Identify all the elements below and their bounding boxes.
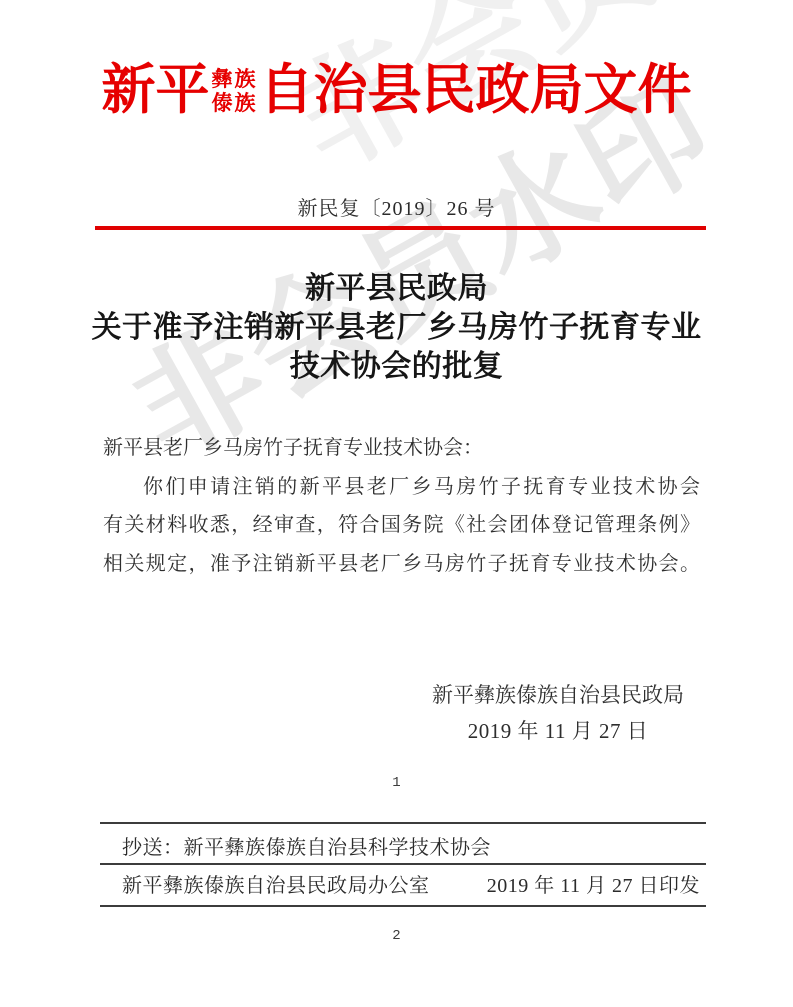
print-date: 2019 年 11 月 27 日印发 bbox=[487, 873, 700, 899]
signature-date: 2019 年 11 月 27 日 bbox=[427, 713, 689, 749]
page-number-2: 2 bbox=[0, 928, 793, 944]
letterhead-suffix: 自治县民政局文件 bbox=[260, 50, 692, 130]
signature-organization: 新平彝族傣族自治县民政局 bbox=[427, 677, 689, 713]
title-line-1: 新平县民政局 bbox=[0, 269, 793, 308]
document-content: 新平 彝族 傣族 自治县民政局文件 新民复〔2019〕26 号 新平县民政局 关… bbox=[0, 0, 793, 1007]
footer-top-line bbox=[100, 822, 706, 824]
issuing-office: 新平彝族傣族自治县民政局办公室 bbox=[122, 873, 430, 899]
title-line-3: 技术协会的批复 bbox=[0, 347, 793, 386]
red-divider-line bbox=[95, 226, 706, 230]
footer-bottom-line bbox=[100, 905, 706, 907]
letterhead: 新平 彝族 傣族 自治县民政局文件 bbox=[0, 50, 793, 130]
cc-row: 抄送：新平彝族傣族自治县科学技术协会 bbox=[122, 835, 491, 861]
ethnic-name-dai: 傣族 bbox=[212, 91, 258, 115]
body-line: 有关材料收悉，经审查，符合国务院《社会团体登记管理条例》 bbox=[103, 506, 700, 545]
salutation: 新平县老厂乡马房竹子抚育专业技术协会： bbox=[103, 429, 700, 468]
cc-value: 新平彝族傣族自治县科学技术协会 bbox=[184, 837, 492, 859]
body-line: 相关规定，准予注销新平县老厂乡马房竹子抚育专业技术协会。 bbox=[103, 545, 700, 584]
ethnic-name-yi: 彝族 bbox=[212, 67, 258, 91]
title-line-2: 关于准予注销新平县老厂乡马房竹子抚育专业 bbox=[0, 308, 793, 347]
cc-label: 抄送： bbox=[122, 837, 184, 859]
issue-row: 新平彝族傣族自治县民政局办公室 2019 年 11 月 27 日印发 bbox=[0, 873, 793, 903]
page-number-1: 1 bbox=[0, 775, 793, 791]
document-title: 新平县民政局 关于准予注销新平县老厂乡马房竹子抚育专业 技术协会的批复 bbox=[0, 269, 793, 386]
letterhead-prefix: 新平 bbox=[102, 50, 210, 130]
document-body: 新平县老厂乡马房竹子抚育专业技术协会： 你们申请注销的新平县老厂乡马房竹子抚育专… bbox=[103, 429, 700, 583]
signature-block: 新平彝族傣族自治县民政局 2019 年 11 月 27 日 bbox=[427, 677, 689, 749]
document-number: 新民复〔2019〕26 号 bbox=[0, 192, 793, 221]
document-page: 非会员水印 非会员水印 新平 彝族 傣族 自治县民政局文件 新民复〔2019〕2… bbox=[0, 0, 793, 1007]
body-line: 你们申请注销的新平县老厂乡马房竹子抚育专业技术协会 bbox=[103, 468, 700, 507]
footer-middle-line bbox=[100, 863, 706, 865]
ethnic-names-stack: 彝族 傣族 bbox=[212, 65, 258, 115]
